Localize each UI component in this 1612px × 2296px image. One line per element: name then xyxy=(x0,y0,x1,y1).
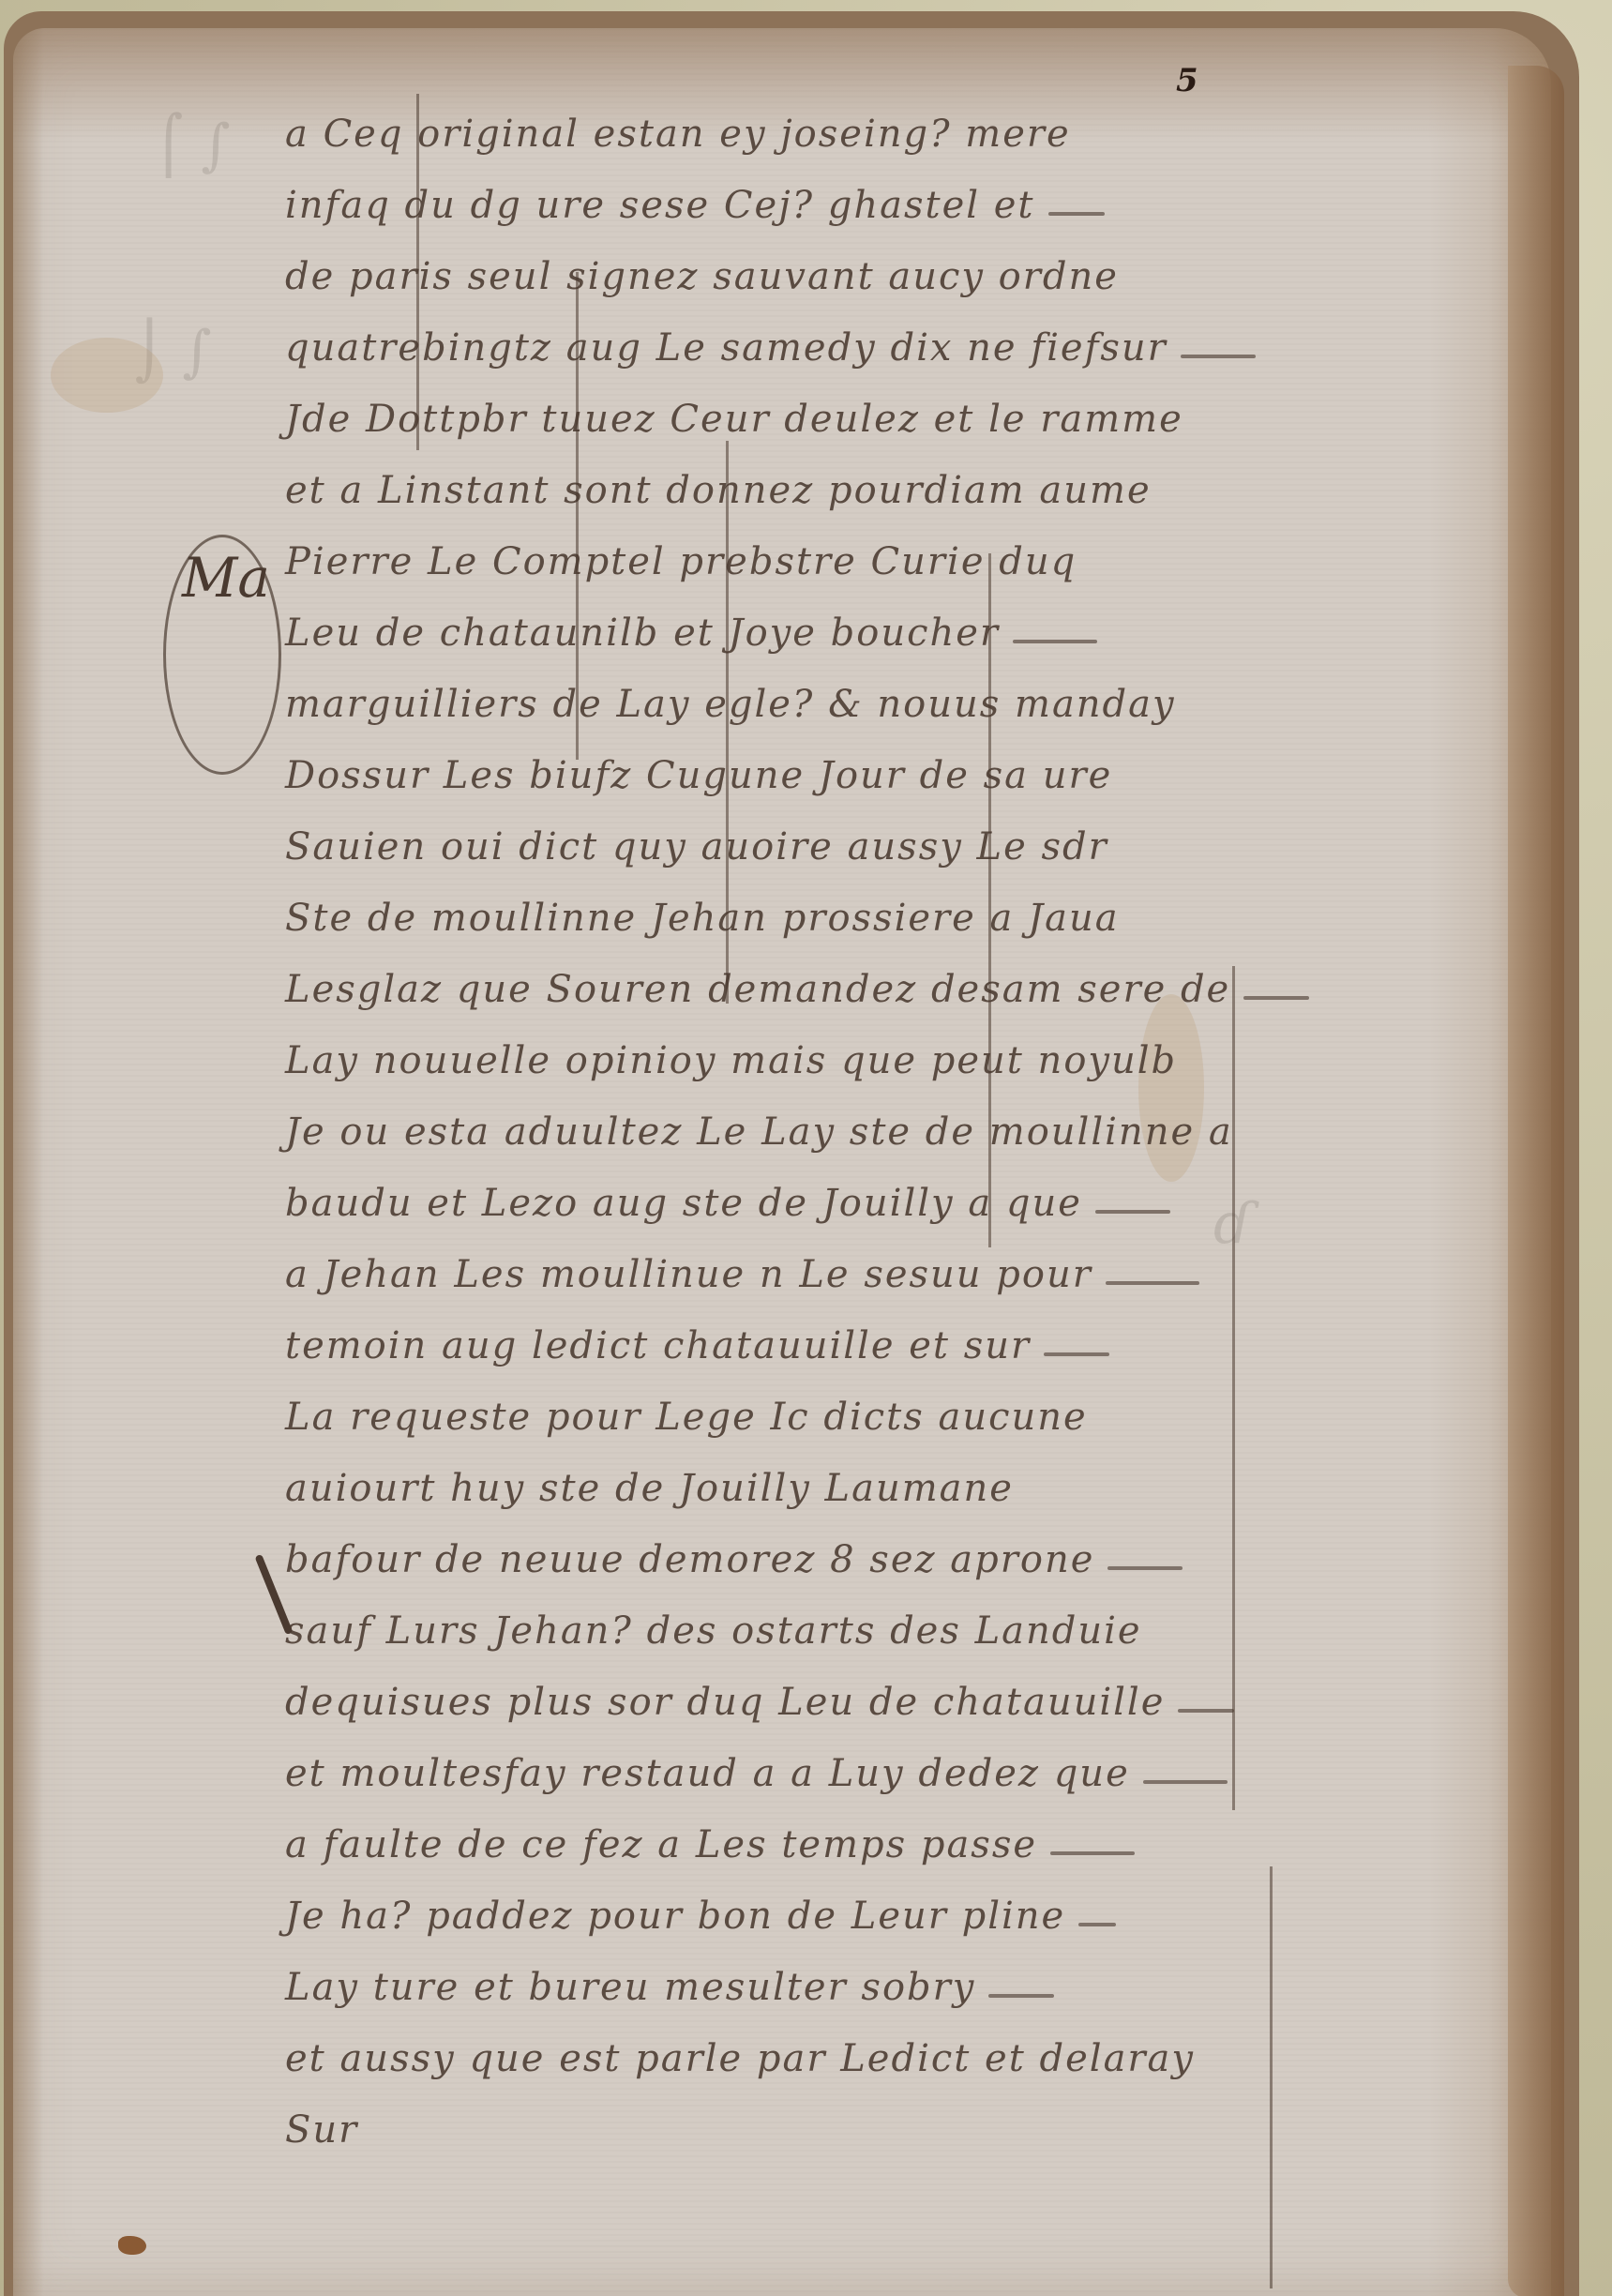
text-line: quatrebingtz aug Le samedy dix ne fiefsu… xyxy=(285,298,1504,370)
text-line: Lay nouuelle opinioy mais que peut noyul… xyxy=(285,1011,1504,1082)
text-line: et a Linstant sont donnez pourdiam aume xyxy=(285,441,1504,512)
text-line: a Jehan Les moullinue n Le sesuu pour xyxy=(285,1225,1504,1296)
water-stain xyxy=(51,338,163,413)
torn-right-edge xyxy=(1508,66,1564,2296)
paper-hole xyxy=(118,2236,146,2255)
text-line: infaq du dg ure sese Cej? ghastel et xyxy=(285,156,1504,227)
text-line: baudu et Lezo aug ste de Jouilly a que xyxy=(285,1154,1504,1225)
text-line: Je ha? paddez pour bon de Leur pline xyxy=(285,1866,1504,1938)
text-line: Leu de chataunilb et Joye boucher xyxy=(285,583,1504,655)
text-line: La requeste pour Lege Ic dicts aucune xyxy=(285,1367,1504,1439)
text-line: Pierre Le Comptel prebstre Curie duq xyxy=(285,512,1504,583)
text-line: sauf Lurs Jehan? des ostarts des Landuie xyxy=(285,1581,1504,1653)
text-line: marguilliers de Lay egle? & nouus manday xyxy=(285,655,1504,726)
text-line: et moultesfay restaud a a Luy dedez que xyxy=(285,1724,1504,1795)
text-line: a faulte de ce fez a Les temps passe xyxy=(285,1795,1504,1866)
margin-flourish xyxy=(163,535,281,775)
text-line: auiourt huy ste de Jouilly Laumane xyxy=(285,1439,1504,1510)
text-line: Ste de moullinne Jehan prossiere a Jaua xyxy=(285,869,1504,940)
text-line: bafour de neuue demorez 8 sez aprone xyxy=(285,1510,1504,1581)
text-line: temoin aug ledict chatauuille et sur xyxy=(285,1296,1504,1367)
text-line: et aussy que est parle par Ledict et del… xyxy=(285,2009,1504,2080)
manuscript-page: ⌠ ∫ ⌡ ∫ ɗ 5 Ma a Ceq original estan ey j… xyxy=(13,28,1551,2296)
text-line: Lay ture et bureu mesulter sobry xyxy=(285,1938,1504,2009)
text-line: Je ou esta aduultez Le Lay ste de moulli… xyxy=(285,1082,1504,1154)
text-line: Sur xyxy=(285,2080,1504,2152)
manuscript-text: a Ceq original estan ey joseing? mere in… xyxy=(285,84,1504,2152)
text-line: Sauien oui dict quy auoire aussy Le sdr xyxy=(285,797,1504,869)
text-line: dequisues plus sor duq Leu de chatauuill… xyxy=(285,1653,1504,1724)
text-line: Lesglaz que Souren demandez desam sere d… xyxy=(285,940,1504,1011)
text-line: Dossur Les biufz Cugune Jour de sa ure xyxy=(285,726,1504,797)
text-line: Jde Dottpbr tuuez Ceur deulez et le ramm… xyxy=(285,370,1504,441)
text-line: a Ceq original estan ey joseing? mere xyxy=(285,84,1504,156)
bleed-through-text: ⌠ ∫ xyxy=(154,113,231,178)
text-line: de paris seul signez sauvant aucy ordne xyxy=(285,227,1504,298)
